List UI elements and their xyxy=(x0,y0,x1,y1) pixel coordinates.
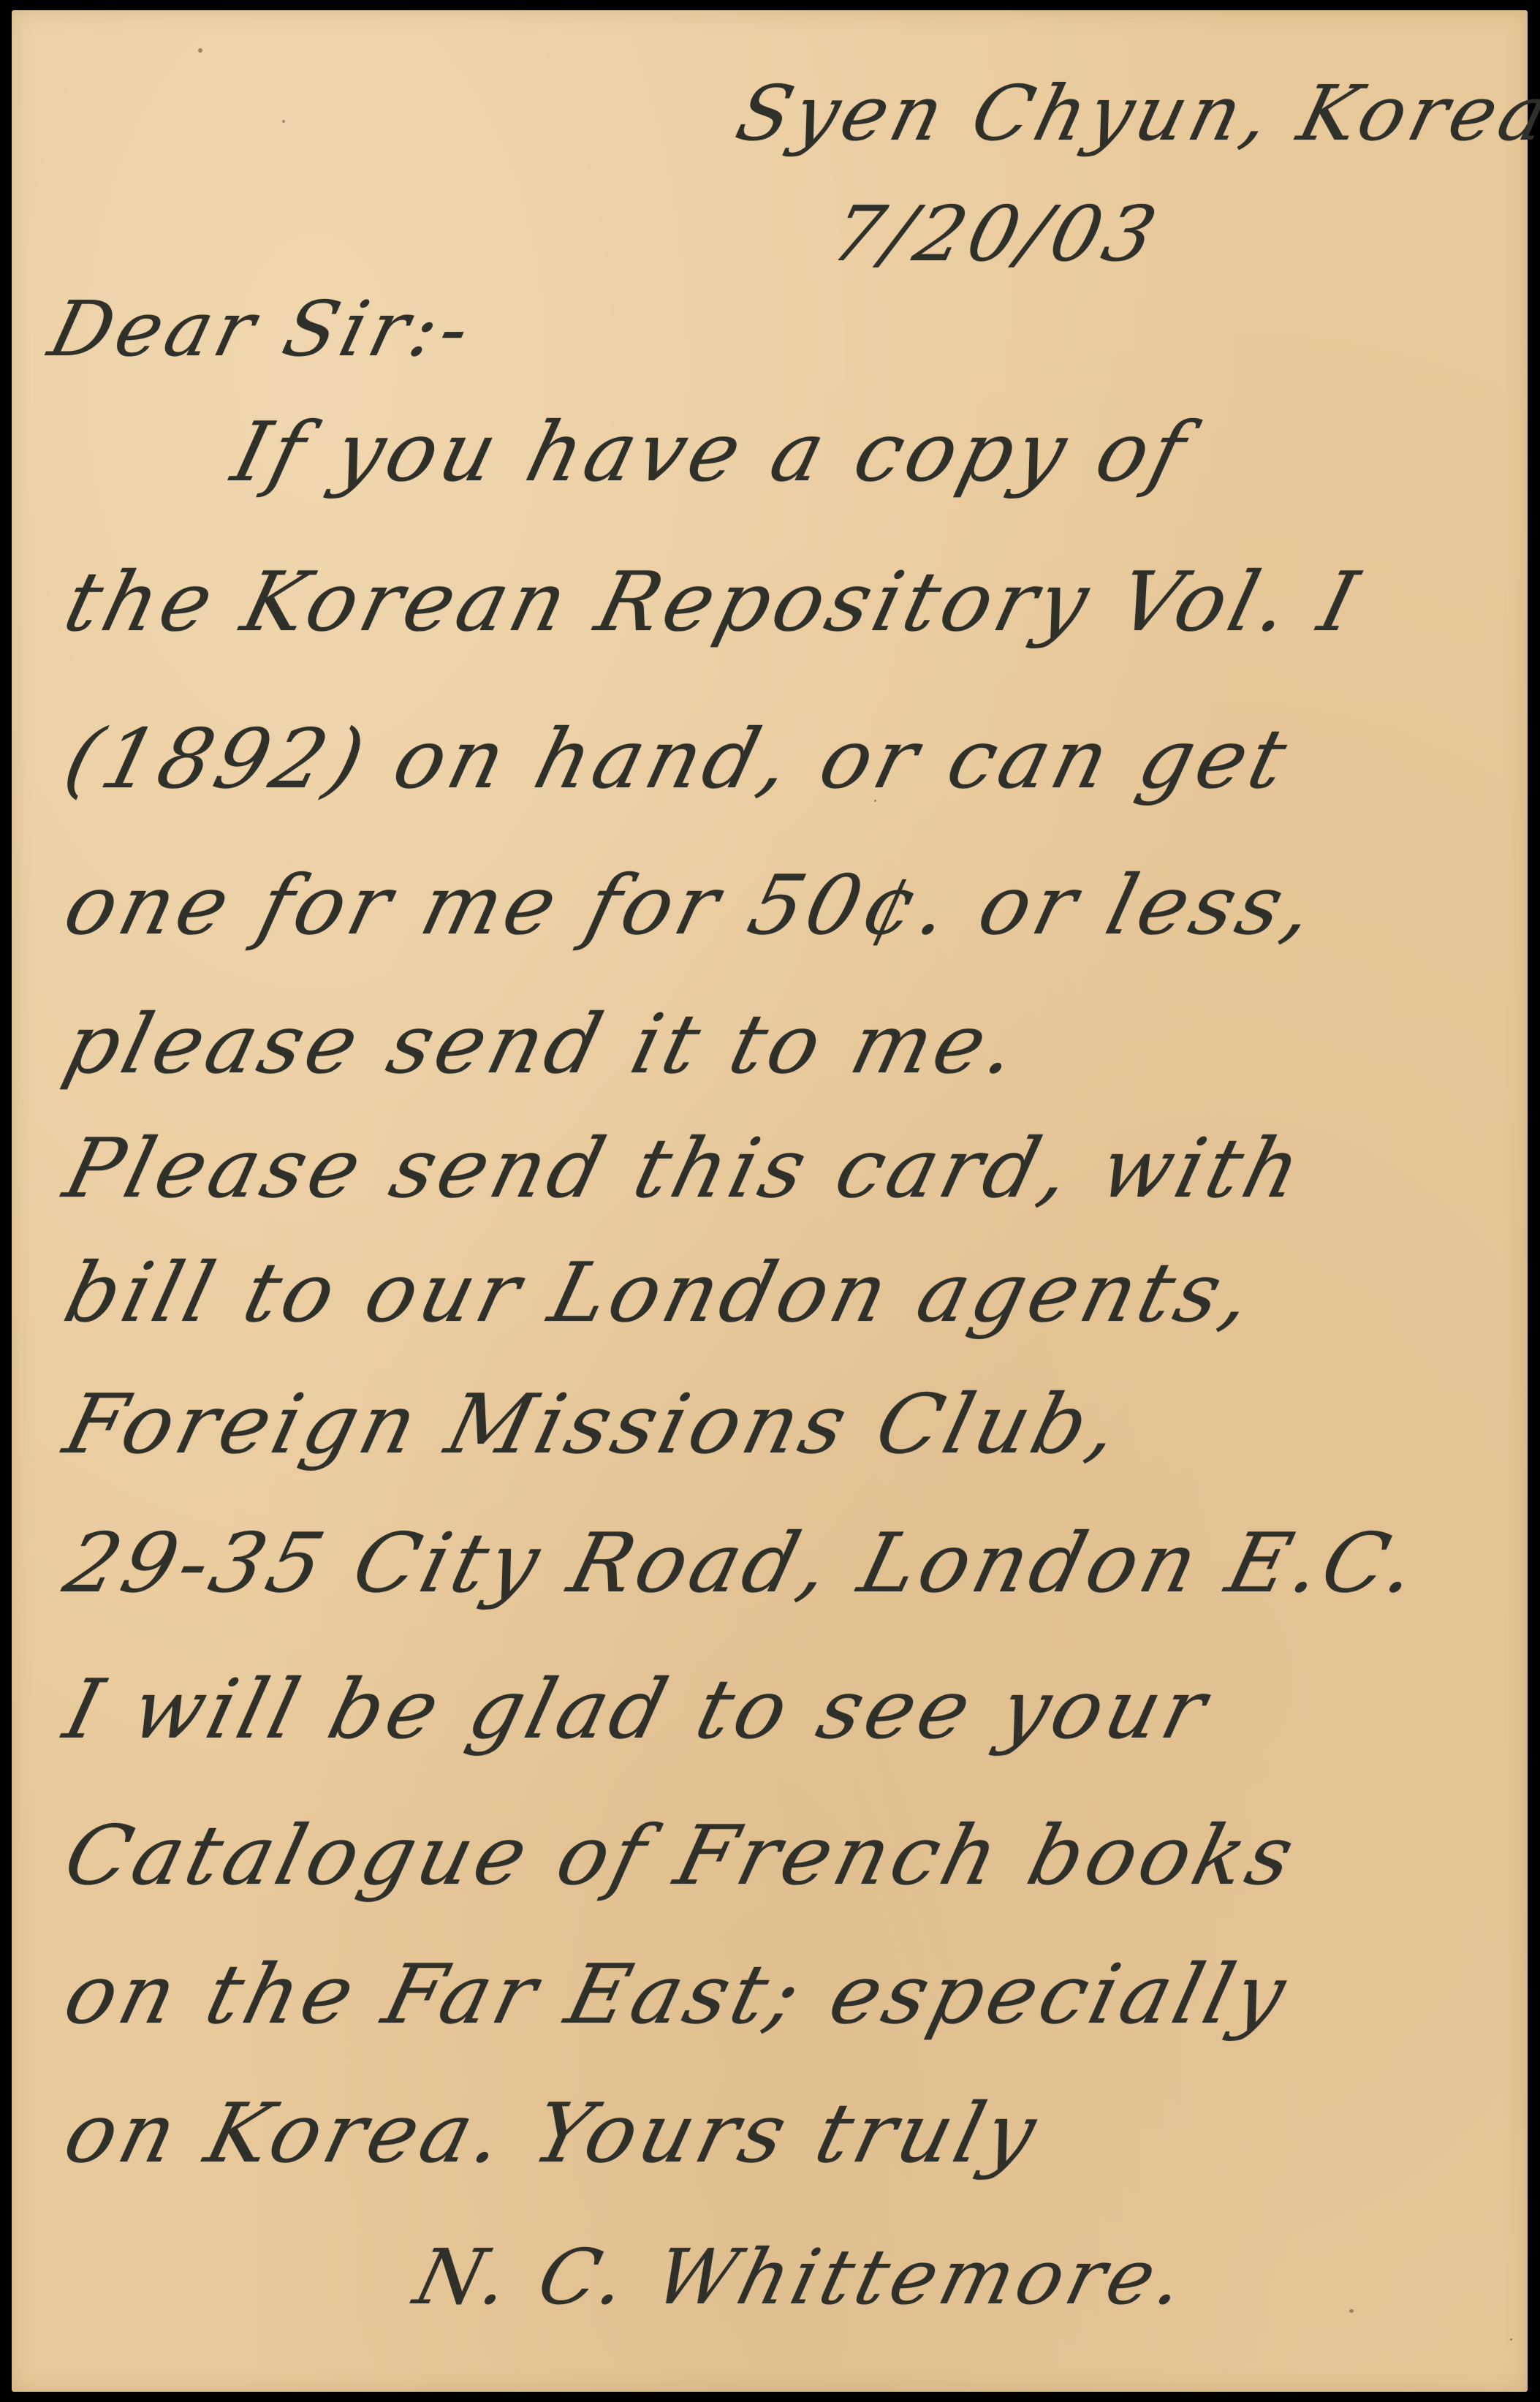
body-line-2: the Korean Repository Vol. I xyxy=(56,555,1370,650)
paper-speck xyxy=(874,800,876,802)
postcard: Syen Chyun, Korea 7/20/03 Dear Sir:- If … xyxy=(12,10,1528,2392)
signature: N. C. Whittemore. xyxy=(406,2232,1198,2322)
paper-speck xyxy=(1349,2309,1354,2313)
body-line-13: on Korea. Yours truly xyxy=(56,2086,1050,2181)
paper-speck xyxy=(282,120,285,123)
body-line-5: please send it to me. xyxy=(56,997,1031,1092)
paper-speck xyxy=(1510,2338,1512,2341)
salutation: Dear Sir:- xyxy=(41,284,483,374)
paper-speck xyxy=(198,48,202,53)
body-line-9: 29-35 City Road, London E.C. xyxy=(56,1516,1430,1611)
body-line-12: on the Far East; especially xyxy=(56,1947,1299,2042)
body-line-7: bill to our London agents, xyxy=(56,1246,1266,1341)
date-heading: 7/20/03 xyxy=(823,189,1169,279)
place-heading: Syen Chyun, Korea xyxy=(728,69,1540,158)
body-line-10: I will be glad to see your xyxy=(56,1662,1219,1757)
body-line-3: (1892) on hand, or can get xyxy=(56,712,1300,807)
body-line-6: Please send this card, with xyxy=(56,1121,1314,1216)
body-line-4: one for me for 50¢. or less, xyxy=(56,858,1327,953)
body-line-11: Catalogue of French books xyxy=(56,1808,1307,1903)
body-line-1: If you have a copy of xyxy=(224,405,1199,500)
body-line-8: Foreign Missions Club, xyxy=(56,1377,1132,1472)
